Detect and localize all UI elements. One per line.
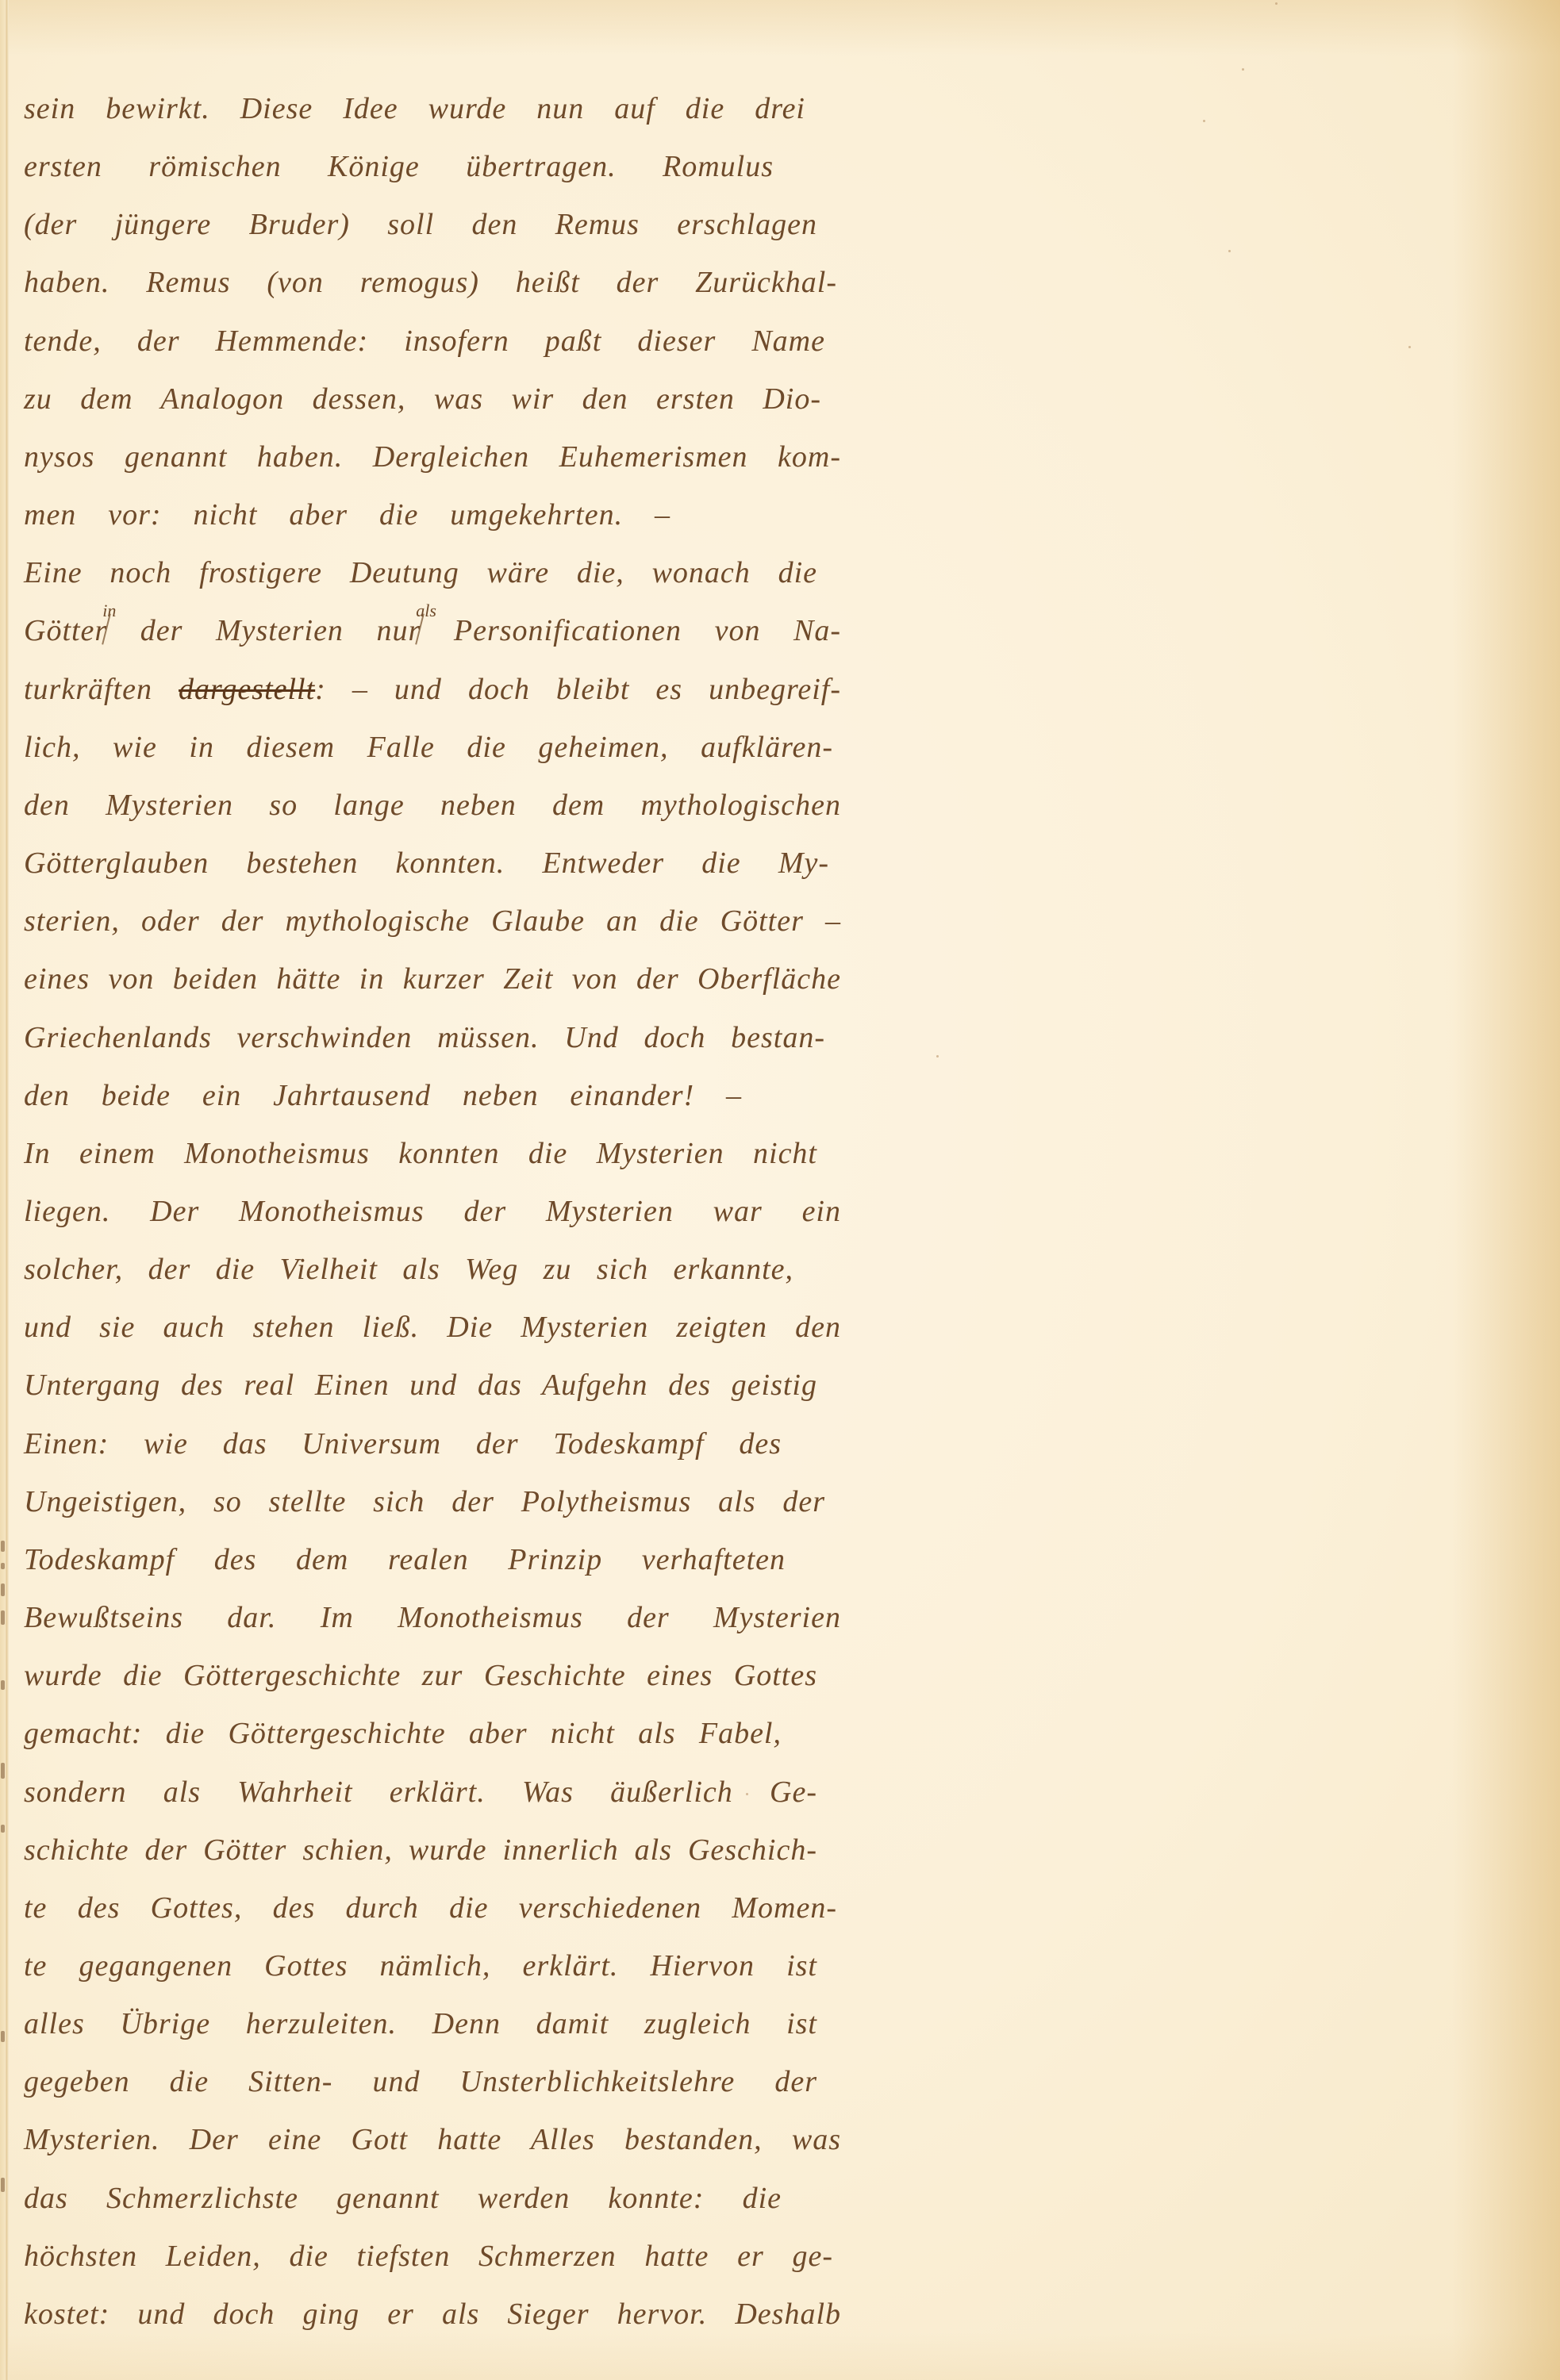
ink-bleed-mark [1,1825,5,1833]
ink-bleed-mark [1,2178,5,2192]
manuscript-line: men vor: nicht aber die umgekehrten. – [24,486,670,544]
manuscript-line: Einen: wie das Universum der Todeskampf … [24,1415,782,1473]
manuscript-line: lich, wie in diesem Falle die geheimen, … [24,719,833,777]
ink-bleed-mark [1,1610,5,1625]
paper-speck [1275,2,1278,5]
interlinear-insertion: als [416,602,436,620]
manuscript-line: den beide ein Jahrtausend neben einander… [24,1067,742,1125]
struck-through-word: dargestellt [179,673,315,706]
manuscript-line: alles Übrige herzuleiten. Denn damit zug… [24,1995,817,2053]
manuscript-page: sein bewirkt. Diese Idee wurde nun auf d… [0,0,1560,2380]
paper-speck [936,1055,939,1058]
manuscript-line: nysos genannt haben. Dergleichen Euhemer… [24,428,841,486]
manuscript-line: gemacht: die Göttergeschichte aber nicht… [24,1705,782,1763]
manuscript-line: Mysterien. Der eine Gott hatte Alles bes… [24,2111,841,2169]
manuscript-line: Bewußtseins dar. Im Monotheismus der Mys… [24,1589,841,1647]
manuscript-line: Götterin der Mysterien nurals Personific… [24,602,841,660]
manuscript-line: Griechenlands verschwinden müssen. Und d… [24,1009,825,1067]
manuscript-line: Untergang des real Einen und das Aufgehn… [24,1357,817,1415]
manuscript-line: haben. Remus (von remogus) heißt der Zur… [24,254,837,312]
manuscript-line: eines von beiden hätte in kurzer Zeit vo… [24,950,841,1008]
manuscript-line: zu dem Analogon dessen, was wir den erst… [24,370,821,428]
line-segment: turkräften [24,673,152,706]
manuscript-line: sein bewirkt. Diese Idee wurde nun auf d… [24,80,805,138]
manuscript-line: gegeben die Sitten- und Unsterblichkeits… [24,2053,817,2111]
manuscript-line: liegen. Der Monotheismus der Mysterien w… [24,1183,841,1241]
manuscript-line: Götterglauben bestehen konnten. Entweder… [24,835,829,892]
paper-speck [1242,68,1244,71]
paper-speck [1228,250,1231,252]
ink-bleed-mark [1,1563,5,1569]
manuscript-line: wurde die Göttergeschichte zur Geschicht… [24,1647,817,1705]
ink-bleed-mark [1,1680,5,1690]
manuscript-line: solcher, der die Vielheit als Weg zu sic… [24,1241,793,1299]
manuscript-line: das Schmerzlichste genannt werden konnte… [24,2170,782,2228]
ink-bleed-mark [1,1763,5,1779]
manuscript-line: kostet: und doch ging er als Sieger herv… [24,2286,841,2344]
manuscript-text: sein bewirkt. Diese Idee wurde nun auf d… [24,80,865,2344]
interlinear-insertion: in [102,602,116,620]
binding-gutter [0,0,9,2380]
manuscript-line: te des Gottes, des durch die verschieden… [24,1879,837,1937]
manuscript-line: den Mysterien so lange neben dem mytholo… [24,777,841,835]
paper-speck [1203,120,1205,122]
manuscript-line: In einem Monotheismus konnten die Myster… [24,1125,817,1183]
line-segment: : – und doch bleibt es unbegreif- [315,673,841,706]
line-segment: Götter [24,614,107,647]
manuscript-line: sterien, oder der mythologische Glaube a… [24,892,841,950]
ink-bleed-mark [1,1583,5,1596]
manuscript-line: Ungeistigen, so stellte sich der Polythe… [24,1473,825,1531]
line-segment: Personificationen von Na- [454,614,841,647]
manuscript-line: tende, der Hemmende: insofern paßt diese… [24,313,825,370]
ink-bleed-mark [1,2031,5,2042]
manuscript-line: te gegangenen Gottes nämlich, erklärt. H… [24,1937,817,1995]
manuscript-line: (der jüngere Bruder) soll den Remus ersc… [24,196,817,254]
manuscript-line: schichte der Götter schien, wurde innerl… [24,1821,817,1879]
manuscript-line: sondern als Wahrheit erklärt. Was äußerl… [24,1764,817,1821]
manuscript-line: Todeskampf des dem realen Prinzip verhaf… [24,1531,786,1589]
ink-bleed-mark [1,1541,5,1552]
paper-speck [1408,346,1411,348]
manuscript-line: turkräften dargestellt: – und doch bleib… [24,661,841,719]
manuscript-line: höchsten Leiden, die tiefsten Schmerzen … [24,2228,833,2286]
line-segment: der Mysterien nur [140,614,421,647]
manuscript-line: Eine noch frostigere Deutung wäre die, w… [24,544,817,602]
manuscript-line: ersten römischen Könige übertragen. Romu… [24,138,774,196]
manuscript-line: und sie auch stehen ließ. Die Mysterien … [24,1299,841,1357]
